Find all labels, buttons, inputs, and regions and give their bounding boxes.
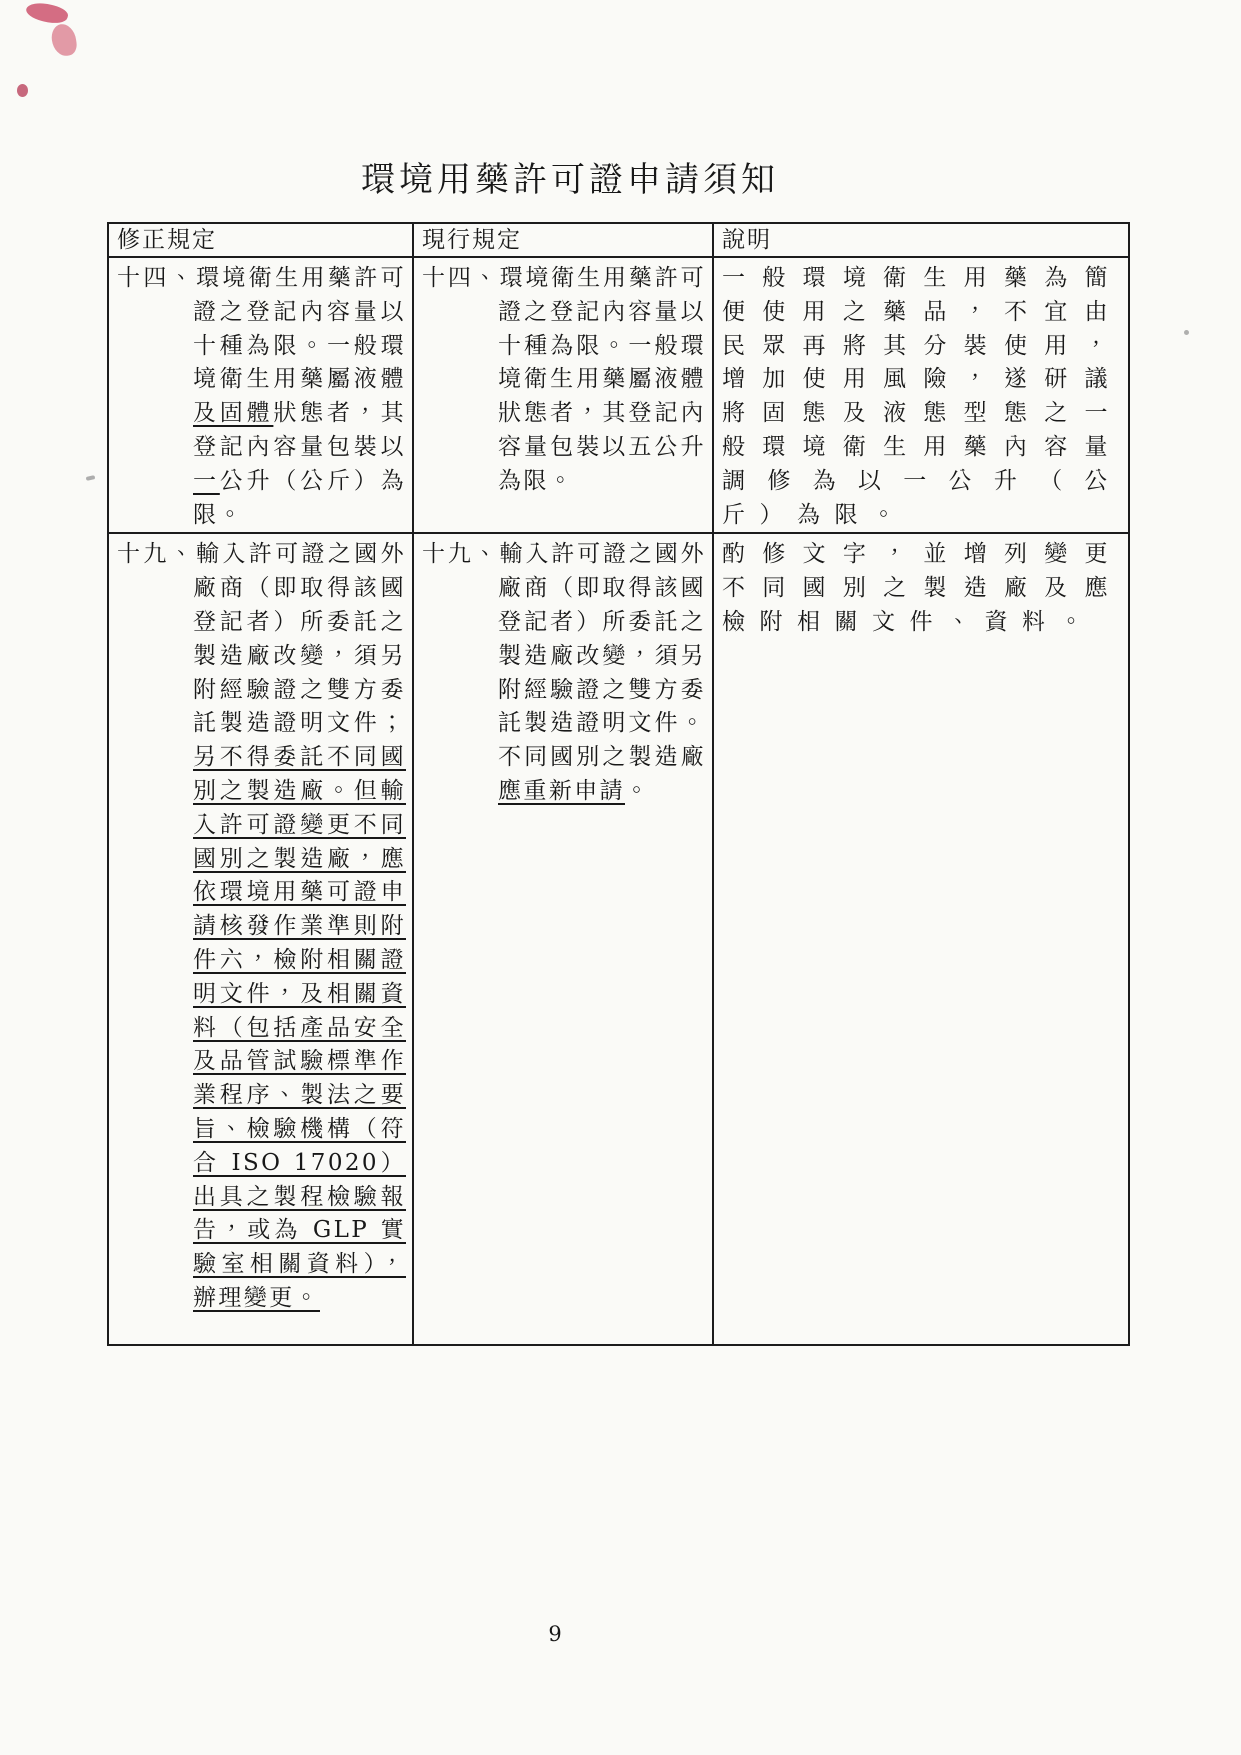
clause-text: 環境衛生用藥許可證之登記內容量以十種為限。一般環境衛生用藥屬液體狀態者，其登記內… (498, 265, 706, 494)
clause-text: 一般環境衛生用藥為簡便使用之藥品，不宜由民眾再將其分裝使用，增加使用風險，遂研議… (722, 265, 1122, 528)
scan-artifact-speck (86, 475, 96, 481)
amendment-comparison-table: 修正規定 現行規定 說明 十四、環境衛生用藥許可證之登記內容量以十種為限。一般環… (107, 222, 1130, 1346)
table-row-clause-14: 十四、環境衛生用藥許可證之登記內容量以十種為限。一般環境衛生用藥屬液體及固體狀態… (108, 257, 1129, 533)
clause-text: 輸入許可證之國外廠商（即取得該國登記者）所委託之製造廠改變，須另附經驗證之雙方委… (498, 541, 706, 804)
scan-artifact-red (17, 84, 28, 97)
cell-amended-clause-14: 十四、環境衛生用藥許可證之登記內容量以十種為限。一般環境衛生用藥屬液體及固體狀態… (108, 257, 413, 533)
clause-number: 十四、 (422, 265, 500, 291)
cell-amended-clause-19: 十九、輸入許可證之國外廠商（即取得該國登記者）所委託之製造廠改變，須另附經驗證之… (108, 533, 413, 1345)
clause-14-explanation: 一般環境衛生用藥為簡便使用之藥品，不宜由民眾再將其分裝使用，增加使用風險，遂研議… (722, 262, 1122, 532)
clause-text: 環境衛生用藥許可證之登記內容量以十種為限。一般環境衛生用藥屬液體及固體狀態者，其… (193, 265, 406, 528)
clause-19-explanation: 酌修文字，並增列變更不同國別之製造廠及應檢附相關文件、資料。 (722, 538, 1122, 639)
cell-explanation-clause-14: 一般環境衛生用藥為簡便使用之藥品，不宜由民眾再將其分裝使用，增加使用風險，遂研議… (713, 257, 1129, 533)
clause-text: 輸入許可證之國外廠商（即取得該國登記者）所委託之製造廠改變，須另附經驗證之雙方委… (193, 541, 406, 1311)
clause-number: 十九、 (117, 541, 196, 567)
page-number: 9 (0, 1622, 1110, 1646)
clause-14-current: 十四、環境衛生用藥許可證之登記內容量以十種為限。一般環境衛生用藥屬液體狀態者，其… (422, 262, 706, 499)
clause-number: 十九、 (422, 541, 500, 567)
column-header-amended: 修正規定 (108, 223, 413, 257)
clause-14-amended: 十四、環境衛生用藥許可證之登記內容量以十種為限。一般環境衛生用藥屬液體及固體狀態… (117, 262, 406, 532)
table-header-row: 修正規定 現行規定 說明 (108, 223, 1129, 257)
table-row-clause-19: 十九、輸入許可證之國外廠商（即取得該國登記者）所委託之製造廠改變，須另附經驗證之… (108, 533, 1129, 1345)
cell-current-clause-19: 十九、輸入許可證之國外廠商（即取得該國登記者）所委託之製造廠改變，須另附經驗證之… (413, 533, 713, 1345)
page-title: 環境用藥許可證申請須知 (100, 158, 1040, 202)
clause-19-current: 十九、輸入許可證之國外廠商（即取得該國登記者）所委託之製造廠改變，須另附經驗證之… (422, 538, 706, 808)
scan-artifact-red (24, 0, 69, 27)
clause-19-amended: 十九、輸入許可證之國外廠商（即取得該國登記者）所委託之製造廠改變，須另附經驗證之… (117, 538, 406, 1315)
scanned-page: 環境用藥許可證申請須知 修正規定 現行規定 說明 十四、環境衛生用藥許可證之登記… (0, 0, 1241, 1755)
column-header-explanation: 說明 (713, 223, 1129, 257)
scan-artifact-red (50, 22, 78, 57)
clause-text: 酌修文字，並增列變更不同國別之製造廠及應檢附相關文件、資料。 (722, 541, 1122, 635)
clause-number: 十四、 (117, 265, 196, 291)
cell-explanation-clause-19: 酌修文字，並增列變更不同國別之製造廠及應檢附相關文件、資料。 (713, 533, 1129, 1345)
scan-artifact-speck (1184, 330, 1189, 335)
cell-current-clause-14: 十四、環境衛生用藥許可證之登記內容量以十種為限。一般環境衛生用藥屬液體狀態者，其… (413, 257, 713, 533)
column-header-current: 現行規定 (413, 223, 713, 257)
